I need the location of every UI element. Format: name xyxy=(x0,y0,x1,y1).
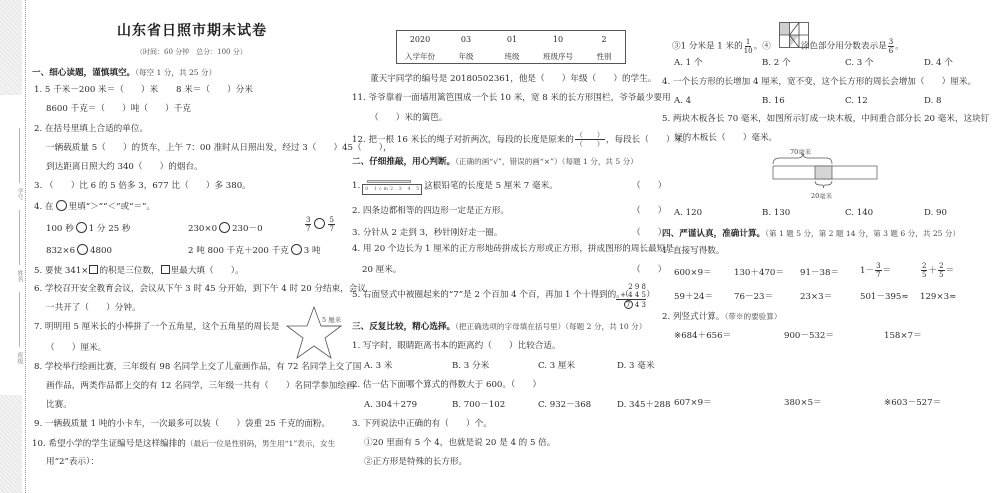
frac-equals: ＝ xyxy=(883,266,892,276)
q12-text: 12. 把一根 16 米长的绳子对折两次，每段的长度是原来的（ ）（ ），每段长… xyxy=(352,131,692,148)
q8-line2: 画作品，两类作品都上交的有 12 名同学，三年级一共有（ ）名同学参加绘画 xyxy=(46,381,355,392)
q4-suffix: 里填“＞”“＜”或“＝”。 xyxy=(69,202,156,212)
margin-label-class: 班级 xyxy=(15,352,24,364)
section4-note: （第 1 题 5 分，第 2 题 14 分，第 3 题 6 分，共 25 分） xyxy=(765,229,960,238)
q1-part-b: 8 米＝（ ）分米 xyxy=(176,85,253,96)
q10-line1: 10. 希望小学的学生证编号是这样编排的（最后一位是性别码，男生用“1”表示，女… xyxy=(32,438,335,450)
frac-prefix: 1－ xyxy=(860,266,874,276)
q6-line2: 一共开了（ ）分钟。 xyxy=(46,303,141,314)
section3-heading: 三、反复比较，精心选择。（把正确选项的字母填在括号里）（每题 2 分，共 10 … xyxy=(352,321,646,333)
id-value-grade: 03 xyxy=(443,35,489,44)
calc-item: 91－38＝ xyxy=(800,268,839,279)
fraction: 25 xyxy=(938,262,944,279)
section2-heading: 二、仔细推敲，用心判断。（正确的画“√”，错误的画“×”）（每题 1 分，共 5… xyxy=(352,156,638,168)
s3-q3-text: 3. 下列说法中正确的有（ ）个。 xyxy=(352,419,492,430)
q4b-left: 230×0 xyxy=(188,224,217,234)
s3-q1-option-b[interactable]: B. 3 分米 xyxy=(452,361,489,372)
q4d-left: 832×6 xyxy=(46,246,75,256)
q12-part-a: 12. 把一根 16 米长的绳子对折两次，每段的长度是原来的 xyxy=(352,135,574,145)
calc-item: 23×3＝ xyxy=(800,292,832,303)
margin-rule xyxy=(19,292,20,347)
compare-circle-icon[interactable] xyxy=(219,222,230,233)
fraction: 37 xyxy=(875,262,881,279)
s3-q5-option-b[interactable]: B. 130 xyxy=(762,208,790,219)
margin-label-name: 姓名 xyxy=(15,270,24,282)
circled-digit: 7 xyxy=(624,300,633,309)
pencil-icon xyxy=(367,180,411,183)
s3-q3-option-d[interactable]: D. 4 个 xyxy=(924,58,953,69)
q2-line1: 一辆载质量 5（ ）的货车，上午 7：00 准时从日照出发，经过 3（ ）45（… xyxy=(46,143,392,154)
s4-q2-title: 2. 列竖式计算。 xyxy=(662,312,725,322)
id-label-class: 班级 xyxy=(489,51,535,62)
s3-q4-option-c[interactable]: C. 12 xyxy=(845,96,868,107)
q4d-right: 4800 xyxy=(90,246,112,256)
s2-q1-number: 1. xyxy=(352,181,360,191)
q7-line2: （ ）厘米。 xyxy=(46,343,106,354)
statement3-text: ③1 分米是 1 米的 xyxy=(672,42,743,52)
section2-note: （正确的画“√”，错误的画“×”）（每题 1 分，共 5 分） xyxy=(455,157,638,166)
q2-text: 2. 在括号里填上合适的单位。 xyxy=(34,124,148,135)
vertical-addition: 2 9 8 + 4 4 5 7 4 3 xyxy=(616,283,646,309)
student-id-table: 2020 03 01 10 2 入学年份 年级 班级 班级序号 性别 xyxy=(396,30,626,64)
s4-q1-text: 1. 直接写得数。 xyxy=(662,246,725,257)
q10-line2: 用“2”表示）： xyxy=(46,457,99,468)
calc-top-row: 2 9 8 xyxy=(616,283,646,291)
ruler-pencil-icon: 0 1cm2 3 4 5 6 7 xyxy=(362,184,422,195)
q11-line2: （ ）米的篱笆。 xyxy=(370,113,447,124)
ruler-ticks: 0 1cm2 3 4 5 6 7 xyxy=(365,187,438,192)
section3-title: 三、反复比较，精心选择。 xyxy=(352,322,455,332)
star-label: 5 厘米 xyxy=(322,315,342,324)
s3-q4-option-b[interactable]: B. 16 xyxy=(762,96,785,107)
vertical-calc-item: 380×5＝ xyxy=(784,398,822,409)
q4-item-a: 100 秒1 分 25 秒 xyxy=(46,222,131,235)
calc-item: 76－23＝ xyxy=(734,292,773,303)
q4-item-c: 3757 xyxy=(304,216,336,233)
q3-text: 3. （ ）比 6 的 5 倍多 3，677 比（ ）多 380。 xyxy=(34,181,251,192)
calc-add-row: + 4 4 5 xyxy=(616,291,646,300)
s3-q5-line2: 好的木板长（ ）毫米。 xyxy=(674,133,777,144)
q5-part-a: 5. 要使 341× xyxy=(34,266,88,276)
q4-item-b: 230×0230－0 xyxy=(188,222,263,235)
q5-part-b: 的积是三位数， xyxy=(99,266,159,276)
q7-line1: 7. 明明用 5 厘米长的小棒拼了一个五角星，这个五角星的周长是 xyxy=(34,322,279,333)
s3-q1-text: 1. 写字时，眼睛距离书本的距离约（ ）比较合适。 xyxy=(352,341,561,352)
fraction: 110 xyxy=(744,38,753,55)
q4a-left: 100 秒 xyxy=(46,224,74,234)
calc-item-fraction: 1－37＝ xyxy=(860,262,891,279)
s3-q3-statement1: ①20 里面有 5 个 4，也就是说 20 是 4 的 5 倍。 xyxy=(364,438,555,449)
section1-title: 一、细心读题，谨慎填空。 xyxy=(32,68,135,78)
s3-q4-option-d[interactable]: D. 8 xyxy=(924,96,942,107)
q9-text: 9. 一辆载质量 1 吨的小卡车，一次最多可以装（ ）袋重 25 千克的面粉。 xyxy=(34,419,330,430)
compare-circle-icon[interactable] xyxy=(77,244,88,255)
margin-rule xyxy=(19,210,20,265)
board-length-label: 70毫米 xyxy=(790,148,812,156)
s2-q1-text: 这根铅笔的长度是 5 厘米 7 毫米。 xyxy=(424,181,558,191)
s2-q4-line1: 4. 用 20 个边长为 1 厘米的正方形地砖拼成长方形或正方形，拼成图形的周长… xyxy=(352,244,674,255)
section4-title: 四、严谨认真，准确计算。 xyxy=(662,229,765,239)
q4-text: 4. 在里填“＞”“＜”或“＝”。 xyxy=(34,200,155,213)
q1-part-c: 8600 千克＝（ ）吨（ ）千克 xyxy=(46,104,191,115)
s3-q4-text: 4. 一个长方形的长增加 4 厘米，宽不变，这个长方形的周长会增加（ ）厘米。 xyxy=(662,77,976,88)
s4-q2-text: 2. 列竖式计算。（带※的要验算） xyxy=(662,311,781,323)
s3-q2-text: 2. 估一估下面哪个算式的得数大于 600。（ ） xyxy=(352,380,541,391)
id-value-year: 2020 xyxy=(397,35,443,44)
compare-circle-icon[interactable] xyxy=(314,218,325,229)
s3-q1-option-a[interactable]: A. 3 米 xyxy=(364,361,392,372)
s3-q3-option-a[interactable]: A. 1 个 xyxy=(674,58,702,69)
margin-label-student-id: 学号 xyxy=(15,188,24,200)
q8-line3: 比赛。 xyxy=(46,400,72,411)
vertical-calc-item: 607×9＝ xyxy=(674,398,712,409)
q4-item-d: 832×64800 xyxy=(46,244,112,257)
calc-item: 129×3≈ xyxy=(920,292,956,303)
section1-note: （每空 1 分，共 25 分） xyxy=(135,68,216,77)
section1-heading: 一、细心读题，谨慎填空。（每空 1 分，共 25 分） xyxy=(32,67,216,79)
s3-q2-option-a[interactable]: A. 304＋279 xyxy=(364,400,417,411)
q4-item-e: 2 吨 800 千克＋200 千克3 吨 xyxy=(188,244,321,257)
calc-item-fraction-sum: 25＋25＝ xyxy=(920,262,954,279)
page-subtitle: （时间：60 分钟 总分：100 分） xyxy=(136,47,247,58)
calc-result-row: 7 4 3 xyxy=(616,300,646,309)
s3-q3-option-c[interactable]: C. 3 个 xyxy=(845,58,874,69)
blank-box-icon[interactable] xyxy=(89,265,98,274)
s3-q1-option-c[interactable]: C. 3 厘米 xyxy=(538,361,575,372)
q11-line1: 11. 爷爷靠着一面墙用篱笆围成一个长 10 米，宽 8 米的长方形围栏，爷爷最… xyxy=(352,93,671,104)
id-label-grade: 年级 xyxy=(443,51,489,62)
compare-circle-icon xyxy=(56,200,67,211)
calc-item: 59＋24＝ xyxy=(674,292,713,303)
s4-q2-note: （带※的要验算） xyxy=(725,312,782,321)
s3-q5-line1: 5. 两块木板各长 70 毫米，如图所示钉成一块木板，中间重合部分长 20 毫米… xyxy=(662,114,989,125)
column-right: ③1 分米是 1 米的110。④ 涂色部分用分数表示是36。 A. 1 个 B.… xyxy=(662,0,994,493)
overlap-length-label: 20毫米 xyxy=(811,191,833,200)
s3-q5-option-c[interactable]: C. 140 xyxy=(845,208,873,219)
calc-item: 501－395≈ xyxy=(860,292,909,303)
vertical-calc-item: ※684＋656＝ xyxy=(674,331,731,342)
q8-line1: 8. 学校举行绘画比赛，三年级有 98 名同学上交了儿童画作品，有 72 名同学… xyxy=(34,362,361,373)
margin-rule xyxy=(19,128,20,183)
s2-q5-text: 5. 右面竖式中被圈起来的“7”是 2 个百加 4 个百，再加 1 个十得到的。… xyxy=(352,290,655,301)
binding-margin-blank xyxy=(0,95,24,395)
q4b-right: 230－0 xyxy=(232,224,262,234)
q10-note: （最后一位是性别码，男生用“1”表示，女生 xyxy=(186,439,335,448)
column-middle: 2020 03 01 10 2 入学年份 年级 班级 班级序号 性别 董天宇同学… xyxy=(352,0,670,493)
calc-item: 600×9＝ xyxy=(674,268,712,279)
s3-q2-option-b[interactable]: B. 700－102 xyxy=(452,400,505,411)
id-label-year: 入学年份 xyxy=(397,51,443,62)
q6-line1: 6. 学校召开安全教育会议，会议从下午 3 时 45 分开始，到下午 4 时 2… xyxy=(34,284,366,295)
id-value-gender: 2 xyxy=(581,35,627,44)
s3-q5-option-d[interactable]: D. 90 xyxy=(924,208,947,219)
s3-q1-option-d[interactable]: D. 3 毫米 xyxy=(617,361,654,372)
fraction: 36 xyxy=(888,38,894,55)
calc-result-digits: 4 3 xyxy=(635,301,646,309)
s2-q2-text: 2. 四条边都相等的四边形一定是正方形。 xyxy=(352,206,509,217)
compare-circle-icon[interactable] xyxy=(291,244,302,255)
s3-q3-option-b[interactable]: B. 2 个 xyxy=(762,58,791,69)
q1-part-a: 1. 5 千米－200 米＝（ ）米 xyxy=(34,85,158,96)
s3-q3-statement2: ②正方形是特殊的长方形。 xyxy=(364,457,467,468)
id-value-seat: 10 xyxy=(535,35,581,44)
q2-line2: 到达距离日照大约 340（ ）的烟台。 xyxy=(46,162,203,173)
vertical-calc-item: ※603－527＝ xyxy=(884,398,941,409)
q4e-left: 2 吨 800 千克＋200 千克 xyxy=(188,246,289,256)
plus-sign: ＋ xyxy=(928,266,937,276)
statement4-text: 涂色部分用分数表示是 xyxy=(801,42,887,52)
s3-q4-option-a[interactable]: A. 4 xyxy=(674,96,691,107)
frac-equals: ＝ xyxy=(946,266,955,276)
q4-prefix: 4. 在 xyxy=(34,202,54,212)
fraction: 57 xyxy=(328,216,334,233)
statement4-prefix: 。④ xyxy=(754,42,771,52)
blank-box-icon xyxy=(161,265,170,274)
compare-circle-icon[interactable] xyxy=(76,222,87,233)
blank-fraction: （ ）（ ） xyxy=(575,131,605,148)
s2-q4-line2: 20 厘米。 xyxy=(362,265,401,276)
period: 。 xyxy=(895,42,904,52)
id-value-class: 01 xyxy=(489,35,535,44)
section2-title: 二、仔细推敲，用心判断。 xyxy=(352,157,455,167)
q10-text: 10. 希望小学的学生证编号是这样编排的 xyxy=(32,439,186,449)
calc-item: 130＋470＝ xyxy=(734,268,784,279)
binding-dotted-line xyxy=(25,0,26,493)
page-title: 山东省日照市期末试卷 xyxy=(117,26,267,37)
q10-line3: 董天宇同学的编号是 20180502361，他是（ ）年级（ ）的学生。 xyxy=(370,74,656,85)
vertical-calc-item: 900－532＝ xyxy=(784,331,834,342)
star-figure-icon: 5 厘米 xyxy=(283,305,345,361)
column-left: 山东省日照市期末试卷 （时间：60 分钟 总分：100 分） 一、细心读题，谨慎… xyxy=(32,0,352,493)
s2-q1: 1.0 1cm2 3 4 5 6 7这根铅笔的长度是 5 厘米 7 毫米。 xyxy=(352,181,558,195)
section3-note: （把正确选项的字母填在括号里）（每题 2 分，共 10 分） xyxy=(455,322,646,331)
q5-text: 5. 要使 341×的积是三位数，里最大填（ ）。 xyxy=(34,265,244,277)
fraction: 25 xyxy=(921,262,927,279)
s3-q2-option-c[interactable]: C. 932－368 xyxy=(538,400,591,411)
board-overlap-figure-icon: 70毫米 20毫米 xyxy=(770,148,880,202)
id-label-gender: 性别 xyxy=(581,51,627,62)
s3-q5-option-a[interactable]: A. 120 xyxy=(674,208,702,219)
q5-part-c: 里最大填（ ）。 xyxy=(171,266,244,276)
q4e-right: 3 吨 xyxy=(304,246,321,256)
id-label-seat: 班级序号 xyxy=(535,51,581,62)
shaded-grid-detail-icon xyxy=(779,22,809,48)
section4-heading: 四、严谨认真，准确计算。（第 1 题 5 分，第 2 题 14 分，第 3 题 … xyxy=(662,228,960,240)
q4a-right: 1 分 25 秒 xyxy=(89,224,131,234)
fraction: 37 xyxy=(305,216,311,233)
s2-q3-text: 3. 分针从 2 走到 3，秒针刚好走一圈。 xyxy=(352,228,502,239)
vertical-calc-item: 158×7＝ xyxy=(884,331,922,342)
